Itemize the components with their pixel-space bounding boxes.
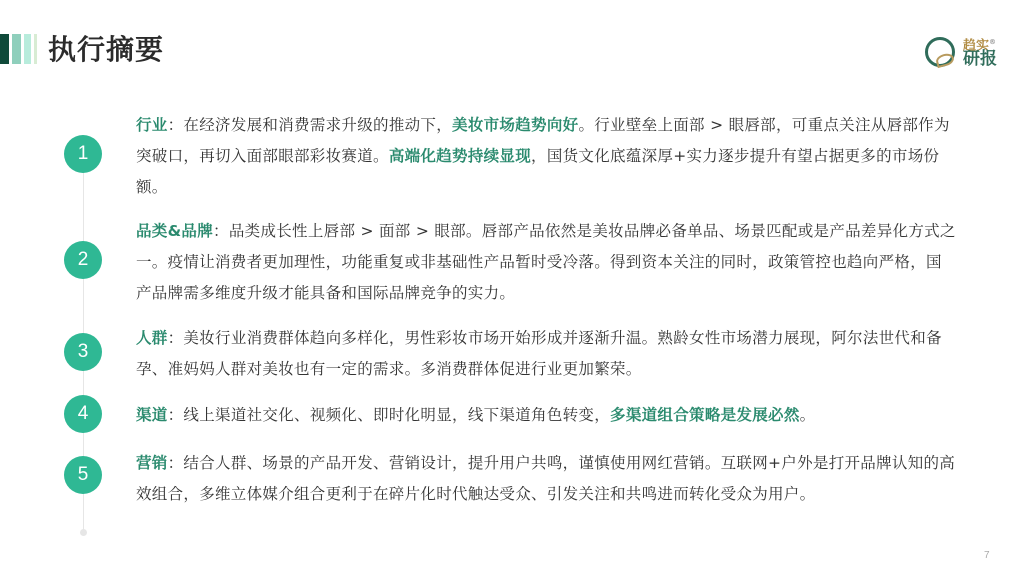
number-badge: 5 xyxy=(64,456,102,494)
number-badge: 1 xyxy=(64,135,102,173)
header: 执行摘要 趋实® 研报 xyxy=(0,30,1024,70)
item-text: 行业：在经济发展和消费需求升级的推动下，美妆市场趋势向好。行业壁垒上面部 > 眼… xyxy=(136,110,956,203)
number-badge: 2 xyxy=(64,241,102,279)
number-badge: 3 xyxy=(64,333,102,371)
highlight-text: 多渠道组合策略是发展必然 xyxy=(610,406,800,424)
item-text: 营销：结合人群、场景的产品开发、营销设计，提升用户共鸣，谨慎使用网红营销。互联网… xyxy=(136,448,956,510)
highlight-text: 美妆市场趋势向好 xyxy=(452,116,578,134)
item-label: 营销 xyxy=(136,454,168,472)
logo-bottom-text: 研报 xyxy=(963,49,997,69)
accent-bar xyxy=(0,34,9,64)
accent-bar xyxy=(12,34,21,64)
highlight-text: 高端化趋势持续显现 xyxy=(389,147,531,165)
number-badge: 4 xyxy=(64,395,102,433)
accent-bar xyxy=(34,34,37,64)
item-label: 品类&品牌 xyxy=(136,222,213,240)
page-title: 执行摘要 xyxy=(48,30,164,70)
accent-bar xyxy=(24,34,31,64)
item-label: 渠道 xyxy=(136,406,168,424)
logo: 趋实® 研报 xyxy=(925,32,1005,72)
item-text: 品类&品牌：品类成长性上唇部 > 面部 > 眼部。唇部产品依然是美妆品牌必备单品… xyxy=(136,216,956,309)
page-number: 7 xyxy=(984,550,990,561)
item-label: 行业 xyxy=(136,116,168,134)
logo-q-icon xyxy=(925,37,955,67)
item-text: 渠道：线上渠道社交化、视频化、即时化明显，线下渠道角色转变，多渠道组合策略是发展… xyxy=(136,400,956,431)
timeline-end-dot xyxy=(80,529,87,536)
item-label: 人群 xyxy=(136,329,168,347)
accent-bars xyxy=(0,34,37,64)
item-text: 人群：美妆行业消费群体趋向多样化，男性彩妆市场开始形成并逐渐升温。熟龄女性市场潜… xyxy=(136,323,956,385)
